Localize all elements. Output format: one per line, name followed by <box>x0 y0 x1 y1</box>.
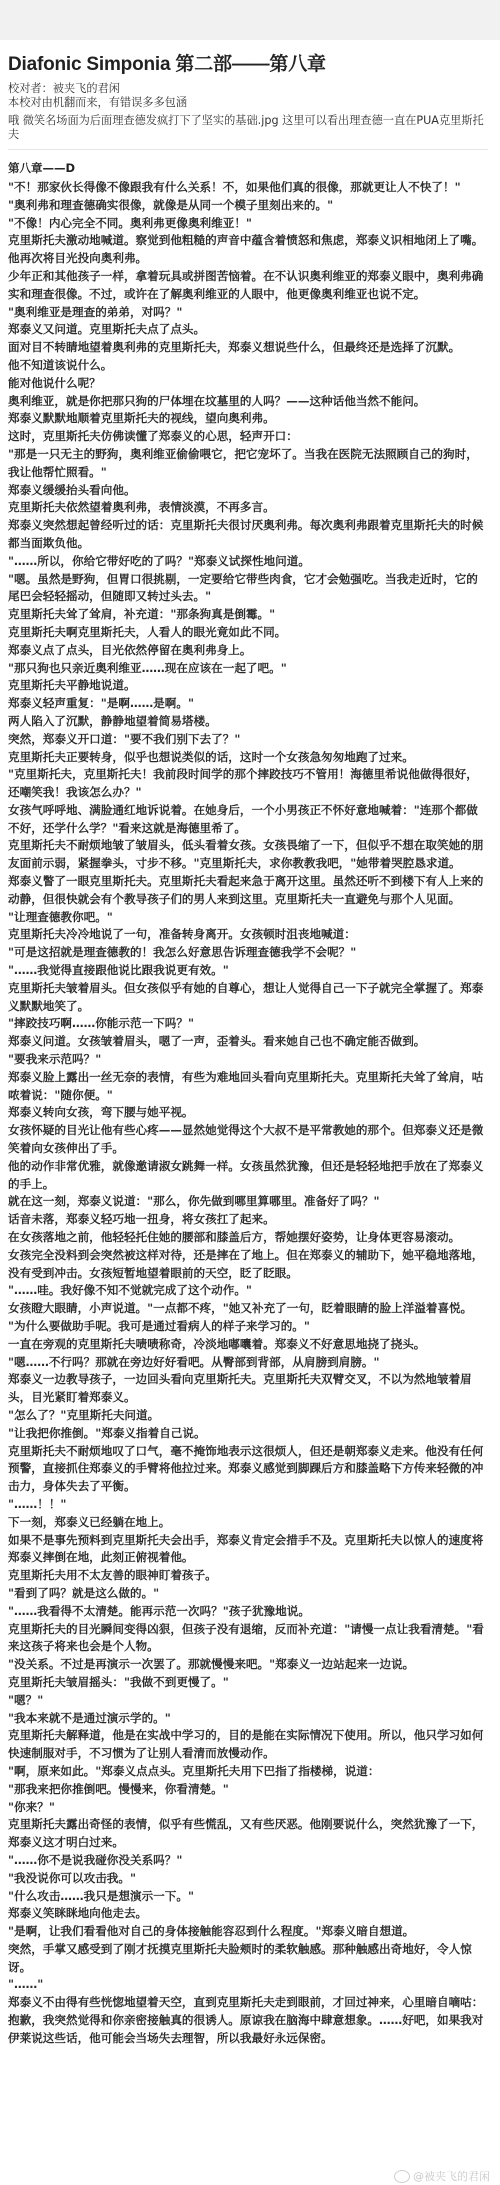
paragraph: 郑泰义一边教导孩子，一边回头看向克里斯托夫。克里斯托夫双臂交叉，不以为然地皱着眉… <box>8 1371 488 1407</box>
paragraph: 如果不是事先预料到克里斯托夫会出手，郑泰义肯定会措手不及。克里斯托夫以惊人的速度… <box>8 1532 488 1568</box>
watermark-text: @被夹飞的君闲 <box>413 2168 490 2184</box>
paragraph: 女孩气呼呼地、满脸通红地诉说着。在她身后，一个小男孩正不怀好意地喊着："连那个都… <box>8 802 488 838</box>
paragraph: 郑泰义突然想起曾经听过的话：克里斯托夫很讨厌奥利弗。每次奥利弗跟着克里斯托夫的时… <box>8 517 488 553</box>
paragraph: "你来？" <box>8 1799 488 1817</box>
paragraph: 克里斯托夫耸了耸肩，补充道："那条狗真是倒霉。" <box>8 606 488 624</box>
paragraph: 郑泰义默默地顺着克里斯托夫的视线，望向奥利弗。 <box>8 410 488 428</box>
paragraph: 抱歉，我突然觉得和你亲密接触真的很诱人。原谅我在脑海中肆意想象。……好吧，如果我… <box>8 2012 488 2048</box>
paragraph: 克里斯托夫不耐烦地叹了口气，毫不掩饰地表示这很烦人，但还是朝郑泰义走来。他没有任… <box>8 1443 488 1496</box>
paragraph: "嗯。虽然是野狗，但胃口很挑剔，一定要给它带些肉食，它才会勉强吃。当我走近时，它… <box>8 571 488 607</box>
paragraph: 郑泰义问道。女孩皱着眉头，嗯了一声，歪着头。看来她自己也不确定能否做到。 <box>8 1033 488 1051</box>
paragraph: 郑泰义又问道。克里斯托夫点了点头。 <box>8 321 488 339</box>
paragraph: 女孩怀疑的目光让他有些心疼——显然她觉得这个大叔不是平常教她的那个。但郑泰义还是… <box>8 1122 488 1158</box>
paragraph: "是啊，让我们看看他对自己的身体接触能容忍到什么程度。"郑泰义暗自想道。 <box>8 1923 488 1941</box>
paragraph: "怎么了？"克里斯托夫问道。 <box>8 1407 488 1425</box>
paragraph: 克里斯托夫平静地说道。 <box>8 677 488 695</box>
paragraph: 女孩瞪大眼睛，小声说道。"一点都不疼，"她又补充了一句，眨着眼睛的脸上洋溢着喜悦… <box>8 1300 488 1318</box>
paragraph: 这时，克里斯托夫仿佛读懂了郑泰义的心思，轻声开口： <box>8 428 488 446</box>
paragraph: "看到了吗？就是这么做的。" <box>8 1585 488 1603</box>
paragraph: "要我来示范吗？" <box>8 1051 488 1069</box>
paragraph: 郑泰义点了点头，目光依然停留在奥利弗身上。 <box>8 642 488 660</box>
paragraph: 在女孩落地之前，他轻轻托住她的腰部和膝盖后方，帮她摆好姿势，让身体更容易滚动。 <box>8 1229 488 1247</box>
paragraph: 郑泰义缓缓抬头看向他。 <box>8 482 488 500</box>
paragraph: "可是这招就是理查德教的！我怎么好意思告诉理查德我学不会呢？" <box>8 944 488 962</box>
weibo-logo-icon <box>394 2170 410 2183</box>
chapter-body: 第八章——D "不！那家伙长得像不像跟我有什么关系！不，如果他们真的很像，那就更… <box>0 150 500 2048</box>
paragraph: 郑泰义瞥了一眼克里斯托夫。克里斯托夫看起来急于离开这里。虽然还听不到楼下有人上来… <box>8 873 488 909</box>
paragraph: "奥利弗和理查德确实很像，就像是从同一个模子里刻出来的。" <box>8 197 488 215</box>
paragraph: "……我看得不太清楚。能再示范一次吗？"孩子犹豫地说。 <box>8 1603 488 1621</box>
paragraph: 少年正和其他孩子一样，拿着玩具或拼图苦恼着。在不认识奥利维亚的郑泰义眼中，奥利弗… <box>8 268 488 304</box>
paragraph: 郑泰义脸上露出一丝无奈的表情，有些为难地回头看向克里斯托夫。克里斯托夫耸了耸肩，… <box>8 1069 488 1105</box>
paragraph: 面对目不转睛地望着奥利弗的克里斯托夫，郑泰义想说些什么，但最终还是选择了沉默。 <box>8 339 488 357</box>
paragraph: "……你不是说我碰你没关系吗？" <box>8 1852 488 1870</box>
paragraph: "嗯？" <box>8 1692 488 1710</box>
paragraph: "让我把你推倒。"郑泰义指着自己说。 <box>8 1425 488 1443</box>
disclaimer: 本校对由机翻而来，有错误多多包涵 <box>8 96 488 110</box>
paragraph: 郑泰义转向女孩，弯下腰与她平视。 <box>8 1104 488 1122</box>
paragraph: "没关系。不过是再演示一次罢了。那就慢慢来吧。"郑泰义一边站起来一边说。 <box>8 1656 488 1674</box>
paragraph: "为什么要做助手呢。我可是通过看病人的样子来学习的。" <box>8 1318 488 1336</box>
article-header: Diafonic Simponia 第二部——第八章 校对者：被夹飞的君闲 本校… <box>0 40 500 150</box>
paragraph: 话音未落，郑泰义轻巧地一扭身，将女孩扛了起来。 <box>8 1211 488 1229</box>
paragraph: "我没说你可以攻击我。" <box>8 1870 488 1888</box>
paragraph: "啊，原来如此。"郑泰义点点头。克里斯托夫用下巴指了指楼梯，说道： <box>8 1763 488 1781</box>
page-title: Diafonic Simponia 第二部——第八章 <box>8 52 488 78</box>
paragraph: "我本来就不是通过演示学的。" <box>8 1710 488 1728</box>
paragraph: 女孩完全没料到会突然被这样对待，还是摔在了地上。但在郑泰义的辅助下，她平稳地落地… <box>8 1247 488 1283</box>
paragraph: "……所以，你给它带好吃的了吗？"郑泰义试探性地问道。 <box>8 553 488 571</box>
paragraph: 郑泰义不由得有些恍惚地望着天空，直到克里斯托夫走到眼前，才回过神来，心里暗自嘀咕… <box>8 1994 488 2012</box>
paragraph: 克里斯托夫冷冷地说了一句，准备转身离开。女孩顿时沮丧地喊道： <box>8 926 488 944</box>
paragraph: "那是一只无主的野狗，奥利维亚偷偷喂它，把它宠坏了。当我在医院无法照顾自己的狗时… <box>8 446 488 482</box>
paragraph: "……哇。我好像不知不觉就完成了这个动作。" <box>8 1282 488 1300</box>
paragraph: 奥利维亚，就是你把那只狗的尸体埋在坟墓里的人吗？——这种话他当然不能问。 <box>8 393 488 411</box>
paragraph: "让理查德教你吧。" <box>8 909 488 927</box>
translator-note: 哦 微笑名场面为后面理查德发疯打下了坚实的基础.jpg 这里可以看出理查德一直在… <box>8 114 488 150</box>
paragraph: "不像！内心完全不同。奥利弗更像奥利维亚！" <box>8 215 488 233</box>
paragraph: "……我觉得直接跟他说比跟我说更有效。" <box>8 962 488 980</box>
paragraph: 克里斯托夫依然望着奥利弗，表情淡漠，不再多言。 <box>8 499 488 517</box>
paragraph: "克里斯托夫，克里斯托夫！我前段时间学的那个摔跤技巧不管用！海德里希说他做得很好… <box>8 766 488 802</box>
paragraph: 克里斯托夫解释道，他是在实战中学习的，目的是能在实际情况下使用。所以，他只学习如… <box>8 1727 488 1763</box>
paragraph: 克里斯托夫皱着眉头。但女孩似乎有她的自尊心，想让人觉得自己一下子就完全掌握了。郑… <box>8 980 488 1016</box>
paragraph: "那我来把你推倒吧。慢慢来，你看清楚。" <box>8 1781 488 1799</box>
paragraph: 一直在旁观的克里斯托夫啧啧称奇，冷淡地嘟囔着。郑泰义不好意思地挠了挠头。 <box>8 1336 488 1354</box>
paragraph: 他不知道该说什么。 <box>8 357 488 375</box>
paragraph: 克里斯托夫用不太友善的眼神盯着孩子。 <box>8 1567 488 1585</box>
paragraph: "不！那家伙长得像不像跟我有什么关系！不，如果他们真的很像，那就更让人不快了！" <box>8 179 488 197</box>
paragraph: "嗯……不行吗？那就在旁边好好看吧。从臀部到背部，从肩膀到肩膀。" <box>8 1354 488 1372</box>
watermark: @被夹飞的君闲 <box>394 2168 490 2184</box>
paragraph: 下一刻，郑泰义已经躺在地上。 <box>8 1514 488 1532</box>
paragraph: 突然，郑泰义开口道："要不我们别下去了？" <box>8 731 488 749</box>
paragraph: "……！！" <box>8 1496 488 1514</box>
paragraph: 克里斯托夫正要转身，似乎也想说类似的话，这时一个女孩急匆匆地跑了过来。 <box>8 749 488 767</box>
paragraph: "什么攻击……我只是想演示一下。" <box>8 1888 488 1906</box>
paragraph: 就在这一刻，郑泰义说道："那么，你先做到哪里算哪里。准备好了吗？" <box>8 1193 488 1211</box>
paragraph: 他的动作非常优雅，就像邀请淑女跳舞一样。女孩虽然犹豫，但还是轻轻地把手放在了郑泰… <box>8 1158 488 1194</box>
paragraph: "奥利维亚是理查的弟弟，对吗？" <box>8 304 488 322</box>
paragraph: "……" <box>8 1976 488 1994</box>
top-bar <box>0 0 500 40</box>
paragraph: 克里斯托夫激动地喊道。察觉到他粗糙的声音中蕴含着愤怒和焦虑，郑泰义识相地闭上了嘴… <box>8 232 488 268</box>
paragraph: 克里斯托夫啊克里斯托夫，人看人的眼光竟如此不同。 <box>8 624 488 642</box>
paragraph: 克里斯托夫皱眉摇头："我做不到更慢了。" <box>8 1674 488 1692</box>
paragraph: 克里斯托夫的目光瞬间变得凶狠，但孩子没有退缩，反而补充道："请慢一点让我看清楚。… <box>8 1621 488 1657</box>
paragraph: 能对他说什么呢？ <box>8 375 488 393</box>
paragraph: 克里斯托夫露出奇怪的表情，似乎有些慌乱，又有些厌恶。他刚要说什么，突然犹豫了一下… <box>8 1816 488 1852</box>
paragraph: 两人陷入了沉默，静静地望着简易塔楼。 <box>8 713 488 731</box>
paragraph: 突然，手掌又感受到了刚才抚摸克里斯托夫脸颊时的柔软触感。那种触感出奇地好，令人惊… <box>8 1941 488 1977</box>
chapter-heading: 第八章——D <box>8 160 488 177</box>
paragraph: 郑泰义笑眯眯地向他走去。 <box>8 1905 488 1923</box>
proofreader-credit: 校对者：被夹飞的君闲 <box>8 82 488 96</box>
paragraph: 克里斯托夫不耐烦地皱了皱眉头，低头看着女孩。女孩畏缩了一下，但似乎不想在取笑她的… <box>8 837 488 873</box>
paragraph: "那只狗也只亲近奥利维亚……现在应该在一起了吧。" <box>8 660 488 678</box>
paragraph-list: "不！那家伙长得像不像跟我有什么关系！不，如果他们真的很像，那就更让人不快了！"… <box>8 179 488 2048</box>
paragraph: 郑泰义轻声重复："是啊……是啊。" <box>8 695 488 713</box>
paragraph: "摔跤技巧啊……你能示范一下吗？" <box>8 1015 488 1033</box>
